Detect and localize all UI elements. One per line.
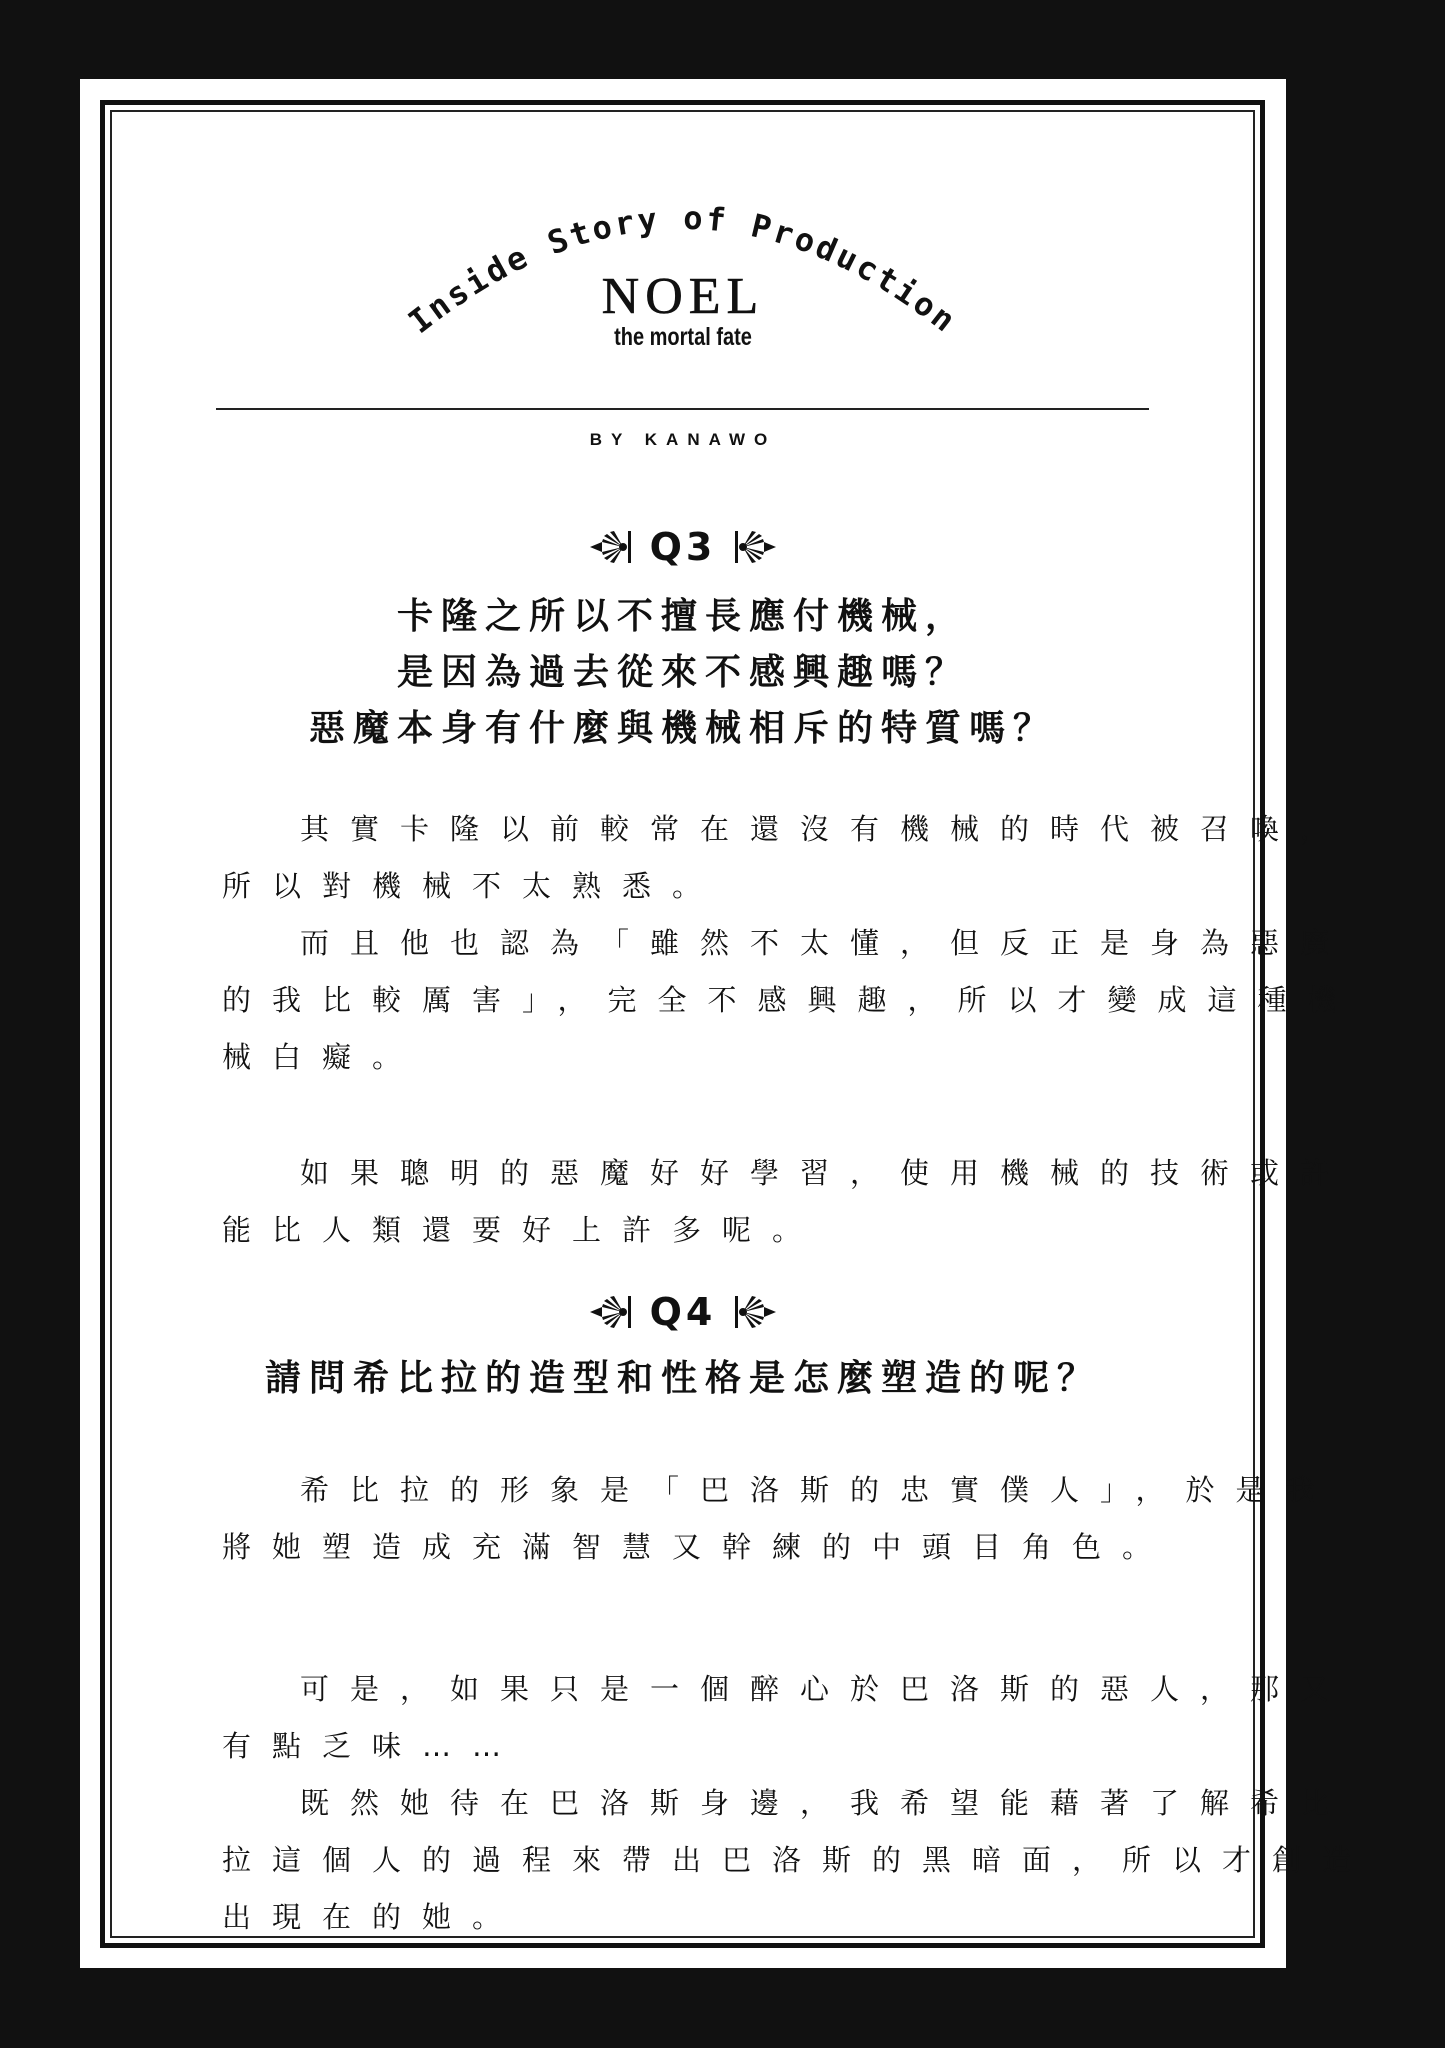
book-page: Inside Story of Production NOEL the mort… [80,79,1286,1968]
paragraph-gap [222,1086,1162,1145]
q3-answer: 其實卡隆以前較常在還沒有機械的時代被召喚， 所以對機械不太熟悉。 而且他也認為「… [222,801,1162,1259]
answer-line: 可是，如果只是一個醉心於巴洛斯的惡人，那又 [222,1661,1162,1718]
answer-line: 械白癡。 [222,1029,1162,1086]
fleuron-right-icon [734,1295,776,1329]
answer-line: 所以對機械不太熟悉。 [222,858,1162,915]
q4-heading: Q4 [80,1293,1286,1331]
answer-line: 能比人類還要好上許多呢。 [222,1202,1162,1259]
q4-label: Q4 [650,1293,717,1331]
q3-heading: Q3 [80,528,1286,566]
answer-line: 希比拉的形象是「巴洛斯的忠實僕人」，於是我 [222,1462,1162,1519]
series-subtitle: the mortal fate [201,325,1166,350]
answer-line: 出現在的她。 [222,1889,1162,1946]
answer-line: 其實卡隆以前較常在還沒有機械的時代被召喚， [222,801,1162,858]
q3-label: Q3 [650,528,717,566]
question-line: 卡隆之所以不擅長應付機械， [80,588,1286,644]
fleuron-left-icon [590,1295,632,1329]
answer-line: 將她塑造成充滿智慧又幹練的中頭目角色。 [222,1519,1162,1576]
byline: BY KANAWO [80,431,1286,448]
answer-line: 如果聰明的惡魔好好學習，使用機械的技術或許 [222,1145,1162,1202]
answer-line: 既然她待在巴洛斯身邊，我希望能藉著了解希比 [222,1775,1162,1832]
question-line: 惡魔本身有什麼與機械相斥的特質嗎？ [80,700,1286,756]
q4-question: 請問希比拉的造型和性格是怎麼塑造的呢？ [80,1350,1286,1406]
question-line: 請問希比拉的造型和性格是怎麼塑造的呢？ [80,1350,1286,1406]
header-divider [216,408,1149,410]
series-title: NOEL [80,271,1286,323]
paragraph-gap [222,1576,1162,1661]
answer-line: 的我比較厲害」，完全不感興趣，所以才變成這種機 [222,972,1162,1029]
fleuron-right-icon [734,530,776,564]
answer-line: 拉這個人的過程來帶出巴洛斯的黑暗面，所以才創造 [222,1832,1162,1889]
answer-line: 有點乏味…… [222,1718,1162,1775]
question-line: 是因為過去從來不感興趣嗎？ [80,644,1286,700]
answer-line: 而且他也認為「雖然不太懂，但反正是身為惡魔 [222,915,1162,972]
fleuron-left-icon [590,530,632,564]
q3-question: 卡隆之所以不擅長應付機械， 是因為過去從來不感興趣嗎？ 惡魔本身有什麼與機械相斥… [80,588,1286,756]
q4-answer: 希比拉的形象是「巴洛斯的忠實僕人」，於是我 將她塑造成充滿智慧又幹練的中頭目角色… [222,1462,1162,1946]
